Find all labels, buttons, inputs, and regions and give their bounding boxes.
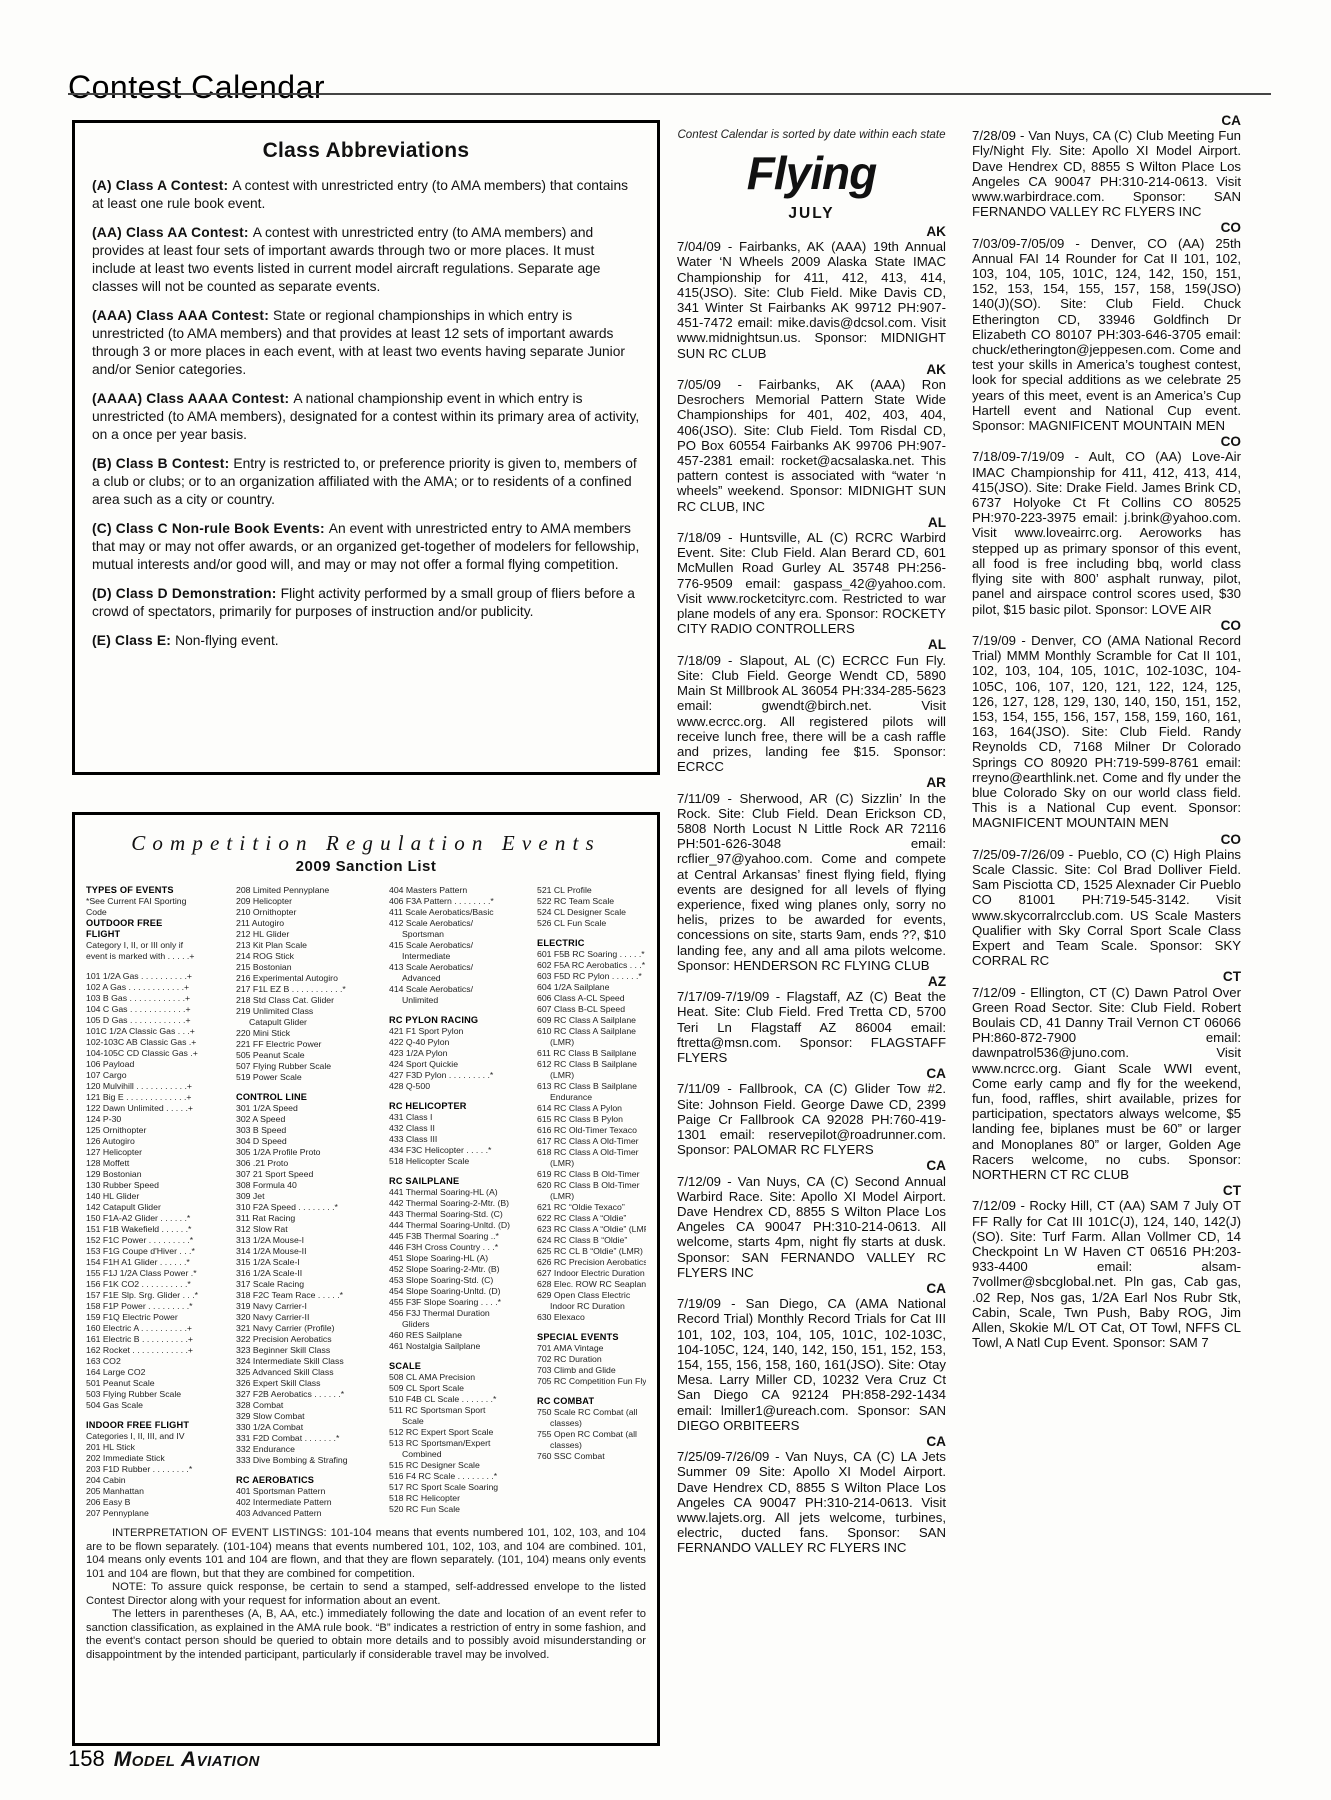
sanction-notes: INTERPRETATION OF EVENT LISTINGS: 101-10…: [86, 1527, 646, 1662]
calendar-entry: 7/04/09 - Fairbanks, AK (AAA) 19th Annua…: [677, 239, 946, 361]
sanction-section-header: RC HELICOPTER: [389, 1101, 537, 1112]
sanction-event-line: 434 F3C Helicopter . . . . .*: [389, 1145, 537, 1156]
sanction-event-line: 202 Immediate Stick: [86, 1453, 236, 1464]
sanction-event-line: 616 RC Old-Timer Texaco: [537, 1125, 646, 1136]
state-header: AL: [677, 515, 946, 530]
sanction-event-line: 423 1/2A Pylon: [389, 1048, 537, 1059]
sanction-event-line: Indoor RC Duration: [537, 1301, 646, 1312]
sanction-event-line: 307 21 Sport Speed: [236, 1169, 389, 1180]
sanction-event-line: 163 CO2: [86, 1356, 236, 1367]
sanction-event-line: 104-105C CD Classic Gas .+: [86, 1048, 236, 1059]
sanction-event-line: 333 Dive Bombing & Strafing: [236, 1455, 389, 1466]
sanction-event-line: 152 F1C Power . . . . . . . . .*: [86, 1235, 236, 1246]
calendar-entry: 7/25/09-7/26/09 - Pueblo, CO (C) High Pl…: [972, 847, 1241, 969]
sanction-event-line: 516 F4 RC Scale . . . . . . . .*: [389, 1471, 537, 1482]
sanction-event-line: 206 Easy B: [86, 1497, 236, 1508]
sanction-event-line: 126 Autogiro: [86, 1136, 236, 1147]
sanction-event-line: *See Current FAI Sporting: [86, 896, 236, 907]
sanction-event-line: 402 Intermediate Pattern: [236, 1497, 389, 1508]
sanction-event-line: Advanced: [389, 973, 537, 984]
sanction-event-line: 445 F3B Thermal Soaring ..*: [389, 1231, 537, 1242]
sanction-event-line: 441 Thermal Soaring-HL (A): [389, 1187, 537, 1198]
sanction-event-line: 421 F1 Sport Pylon: [389, 1026, 537, 1037]
sanction-event-line: (LMR): [537, 1070, 646, 1081]
page-number: 158: [68, 1746, 105, 1772]
sanction-event-line: 327 F2B Aerobatics . . . . . .*: [236, 1389, 389, 1400]
sanction-event-line: 755 Open RC Combat (all: [537, 1429, 646, 1440]
sanction-event-line: 412 Scale Aerobatics/: [389, 918, 537, 929]
sanction-event-line: 504 Gas Scale: [86, 1400, 236, 1411]
sanction-event-line: 612 RC Class B Sailplane: [537, 1059, 646, 1070]
class-abbreviation-item: (AA) Class AA Contest: A contest with un…: [92, 224, 640, 296]
sanction-event-line: 603 F5D RC Pylon . . . . . .*: [537, 971, 646, 982]
sanction-event-line: [389, 1092, 537, 1101]
sanction-event-line: [537, 929, 646, 938]
sanction-event-line: 760 SSC Combat: [537, 1451, 646, 1462]
state-header: CA: [972, 113, 1241, 128]
sanction-event-line: 212 HL Glider: [236, 929, 389, 940]
sanction-event-line: 130 Rubber Speed: [86, 1180, 236, 1191]
sanction-event-line: 211 Autogiro: [236, 918, 389, 929]
calendar-entry: 7/18/09 - Huntsville, AL (C) RCRC Warbir…: [677, 530, 946, 636]
calendar-entry: 7/25/09-7/26/09 - Van Nuys, CA (C) LA Je…: [677, 1449, 946, 1555]
sanction-event-line: 331 F2D Combat . . . . . . .*: [236, 1433, 389, 1444]
sanction-event-line: Sportsman: [389, 929, 537, 940]
sanction-event-line: 625 RC CL B “Oldie” (LMR): [537, 1246, 646, 1257]
sanction-event-line: 517 RC Sport Scale Soaring: [389, 1482, 537, 1493]
sanction-section-header: SCALE: [389, 1361, 537, 1372]
state-header: CA: [677, 1158, 946, 1173]
calendar-entry: 7/18/09-7/19/09 - Ault, CO (AA) Love-Air…: [972, 449, 1241, 616]
sanction-note-paragraph: INTERPRETATION OF EVENT LISTINGS: 101-10…: [86, 1527, 646, 1581]
calendar-entry: 7/11/09 - Sherwood, AR (C) Sizzlin’ In t…: [677, 791, 946, 973]
sanction-event-line: Combined: [389, 1449, 537, 1460]
sanction-event-line: 428 Q-500: [389, 1081, 537, 1092]
state-header: CT: [972, 1183, 1241, 1198]
state-header: CO: [972, 832, 1241, 847]
state-header: CT: [972, 969, 1241, 984]
sanction-event-line: 318 F2C Team Race . . . . .*: [236, 1290, 389, 1301]
month-heading: JULY: [677, 205, 946, 223]
sanction-event-line: [236, 1466, 389, 1475]
sanction-event-line: 512 RC Expert Sport Scale: [389, 1427, 537, 1438]
sanction-event-line: 314 1/2A Mouse-II: [236, 1246, 389, 1257]
state-header: AL: [677, 637, 946, 652]
calendar-entry: 7/05/09 - Fairbanks, AK (AAA) Ron Desroc…: [677, 377, 946, 514]
sanction-column: 404 Masters Pattern406 F3A Pattern . . .…: [389, 885, 537, 1519]
class-abbreviation-item: (D) Class D Demonstration: Flight activi…: [92, 585, 640, 621]
sanction-event-line: Code: [86, 907, 236, 918]
sanction-event-line: 158 F1P Power . . . . . . . . .*: [86, 1301, 236, 1312]
calendar-entry: 7/03/09-7/05/09 - Denver, CO (AA) 25th A…: [972, 236, 1241, 434]
sanction-event-line: 313 1/2A Mouse-I: [236, 1235, 389, 1246]
sanction-event-line: 164 Large CO2: [86, 1367, 236, 1378]
sanction-event-line: 155 F1J 1/2A Class Power .*: [86, 1268, 236, 1279]
sanction-event-line: 161 Electric B . . . . . . . . . .+: [86, 1334, 236, 1345]
sanction-event-line: [86, 962, 236, 971]
sanction-event-line: 325 Advanced Skill Class: [236, 1367, 389, 1378]
sanction-event-line: 507 Flying Rubber Scale: [236, 1061, 389, 1072]
sanction-event-line: 304 D Speed: [236, 1136, 389, 1147]
state-header: CO: [972, 220, 1241, 235]
sanction-event-line: 452 Slope Soaring-2-Mtr. (B): [389, 1264, 537, 1275]
sanction-event-line: Categories I, II, III, and IV: [86, 1431, 236, 1442]
sanction-event-line: 444 Thermal Soaring-Unltd. (D): [389, 1220, 537, 1231]
sanction-event-line: 101 1/2A Gas . . . . . . . . . .+: [86, 971, 236, 982]
sanction-event-line: 154 F1H A1 Glider . . . . . .*: [86, 1257, 236, 1268]
sanction-event-line: 208 Limited Pennyplane: [236, 885, 389, 896]
calendar-entry: 7/19/09 - Denver, CO (AMA National Recor…: [972, 633, 1241, 831]
sanction-event-line: 520 RC Fun Scale: [389, 1504, 537, 1515]
sanction-event-line: 509 CL Sport Scale: [389, 1383, 537, 1394]
state-header: AK: [677, 224, 946, 239]
sanction-event-line: Gliders: [389, 1319, 537, 1330]
sanction-event-line: 508 CL AMA Precision: [389, 1372, 537, 1383]
sanction-section-header: RC COMBAT: [537, 1396, 646, 1407]
sanction-event-line: 214 ROG Stick: [236, 951, 389, 962]
sanction-section-header: ELECTRIC: [537, 938, 646, 949]
sanction-event-line: [389, 1167, 537, 1176]
sanction-note-paragraph: NOTE: To assure quick response, be certa…: [86, 1581, 646, 1608]
sanction-event-line: 750 Scale RC Combat (all: [537, 1407, 646, 1418]
sanction-event-line: 209 Helicopter: [236, 896, 389, 907]
sanction-title: Competition Regulation Events: [86, 831, 646, 856]
sanction-column: 208 Limited Pennyplane209 Helicopter210 …: [236, 885, 389, 1519]
sanction-event-line: 456 F3J Thermal Duration: [389, 1308, 537, 1319]
sanction-event-line: 442 Thermal Soaring-2-Mtr. (B): [389, 1198, 537, 1209]
class-abbreviation-item: (A) Class A Contest: A contest with unre…: [92, 177, 640, 213]
sanction-event-line: 301 1/2A Speed: [236, 1103, 389, 1114]
sanction-event-line: 160 Electric A . . . . . . . . . .+: [86, 1323, 236, 1334]
sanction-section-header: FLIGHT: [86, 929, 236, 940]
sanction-event-line: 129 Bostonian: [86, 1169, 236, 1180]
sanction-event-line: 503 Flying Rubber Scale: [86, 1389, 236, 1400]
sanction-event-line: 309 Jet: [236, 1191, 389, 1202]
magazine-page: Contest Calendar Class Abbreviations (A)…: [0, 0, 1331, 1800]
state-header: CA: [677, 1281, 946, 1296]
sanction-event-line: 315 1/2A Scale-I: [236, 1257, 389, 1268]
sanction-event-line: 105 D Gas . . . . . . . . . . . .+: [86, 1015, 236, 1026]
calendar-entry: 7/12/09 - Ellington, CT (C) Dawn Patrol …: [972, 985, 1241, 1183]
sanction-event-line: 311 Rat Racing: [236, 1213, 389, 1224]
sanction-event-line: 205 Manhattan: [86, 1486, 236, 1497]
sanction-event-line: 620 RC Class B Old-Timer: [537, 1180, 646, 1191]
sanction-event-line: 121 Big E . . . . . . . . . . . . .+: [86, 1092, 236, 1103]
calendar-entry: 7/18/09 - Slapout, AL (C) ECRCC Fun Fly.…: [677, 653, 946, 775]
sanction-event-line: 446 F3H Cross Country . . .*: [389, 1242, 537, 1253]
class-abbreviation-item: (C) Class C Non-rule Book Events: An eve…: [92, 520, 640, 574]
page-footer: 158 Model Aviation: [68, 1746, 260, 1772]
sanction-event-line: 142 Catapult Glider: [86, 1202, 236, 1213]
sanction-event-line: 602 F5A RC Aerobatics . . .*: [537, 960, 646, 971]
sanction-event-line: 153 F1G Coupe d'Hiver . . .*: [86, 1246, 236, 1257]
sanction-event-line: 414 Scale Aerobatics/: [389, 984, 537, 995]
sanction-event-line: 415 Scale Aerobatics/: [389, 940, 537, 951]
sanction-event-line: 221 FF Electric Power: [236, 1039, 389, 1050]
sanction-event-line: 303 B Speed: [236, 1125, 389, 1136]
sanction-event-line: 611 RC Class B Sailplane: [537, 1048, 646, 1059]
sanction-event-line: 150 F1A-A2 Glider . . . . . .*: [86, 1213, 236, 1224]
class-abbreviation-item: (AAAA) Class AAAA Contest: A national ch…: [92, 390, 640, 444]
class-items: (A) Class A Contest: A contest with unre…: [92, 177, 640, 650]
sanction-event-line: 159 F1Q Electric Power: [86, 1312, 236, 1323]
sanction-event-line: (LMR): [537, 1037, 646, 1048]
sanction-event-line: 326 Expert Skill Class: [236, 1378, 389, 1389]
sanction-event-line: classes): [537, 1440, 646, 1451]
sanction-event-line: 522 RC Team Scale: [537, 896, 646, 907]
calendar-entry: 7/19/09 - San Diego, CA (AMA National Re…: [677, 1296, 946, 1433]
class-abbreviations-box: Class Abbreviations (A) Class A Contest:…: [72, 120, 660, 775]
calendar-entry: 7/28/09 - Van Nuys, CA (C) Club Meeting …: [972, 128, 1241, 219]
sanction-section-header: TYPES OF EVENTS: [86, 885, 236, 896]
sanction-event-line: 140 HL Glider: [86, 1191, 236, 1202]
sanction-event-line: 702 RC Duration: [537, 1354, 646, 1365]
sanction-column: TYPES OF EVENTS*See Current FAI Sporting…: [86, 885, 236, 1519]
flying-section-title: Flying: [677, 149, 946, 197]
sanction-event-line: 404 Masters Pattern: [389, 885, 537, 896]
sanction-event-line: [86, 1411, 236, 1420]
sanction-event-line: Scale: [389, 1416, 537, 1427]
sanction-event-line: 218 Std Class Cat. Glider: [236, 995, 389, 1006]
sanction-event-line: 526 CL Fun Scale: [537, 918, 646, 929]
calendar-column-1: Contest Calendar is sorted by date withi…: [677, 128, 946, 1556]
sanction-event-line: 424 Sport Quickie: [389, 1059, 537, 1070]
sanction-event-line: (LMR): [537, 1158, 646, 1169]
sanction-event-line: 518 RC Helicopter: [389, 1493, 537, 1504]
sanction-event-line: 628 Elec. ROW RC Seaplane: [537, 1279, 646, 1290]
sanction-event-line: (LMR): [537, 1191, 646, 1202]
sanction-event-line: 454 Slope Soaring-Unltd. (D): [389, 1286, 537, 1297]
sanction-event-line: 308 Formula 40: [236, 1180, 389, 1191]
sanction-event-line: 102 A Gas . . . . . . . . . . . .+: [86, 982, 236, 993]
sanction-event-line: 207 Pennyplane: [86, 1508, 236, 1519]
sanction-event-line: [389, 1006, 537, 1015]
sanction-event-line: 332 Endurance: [236, 1444, 389, 1455]
state-header: CO: [972, 434, 1241, 449]
sanction-event-line: 216 Experimental Autogiro: [236, 973, 389, 984]
state-header: AZ: [677, 974, 946, 989]
sanction-event-line: 319 Navy Carrier-I: [236, 1301, 389, 1312]
sanction-event-line: 215 Bostonian: [236, 962, 389, 973]
class-abbreviation-item: (E) Class E: Non-flying event.: [92, 632, 640, 650]
class-abbreviations-title: Class Abbreviations: [92, 139, 640, 163]
sanction-event-line: 322 Precision Aerobatics: [236, 1334, 389, 1345]
calendar-entry: 7/17/09-7/19/09 - Flagstaff, AZ (C) Beat…: [677, 989, 946, 1065]
sanction-event-line: 219 Unlimited Class: [236, 1006, 389, 1017]
sanction-section-header: RC SAILPLANE: [389, 1176, 537, 1187]
sanction-event-line: 107 Cargo: [86, 1070, 236, 1081]
state-header: CA: [677, 1066, 946, 1081]
sanction-event-line: 453 Slope Soaring-Std. (C): [389, 1275, 537, 1286]
sanction-event-line: 413 Scale Aerobatics/: [389, 962, 537, 973]
sanction-event-line: 104 C Gas . . . . . . . . . . . .+: [86, 1004, 236, 1015]
sanction-event-line: 220 Mini Stick: [236, 1028, 389, 1039]
sanction-event-line: 203 F1D Rubber . . . . . . . .*: [86, 1464, 236, 1475]
sanction-event-line: 455 F3F Slope Soaring . . . .*: [389, 1297, 537, 1308]
sanction-event-line: 613 RC Class B Sailplane: [537, 1081, 646, 1092]
sanction-event-line: 626 RC Precision Aerobatics: [537, 1257, 646, 1268]
sanction-event-line: 461 Nostalgia Sailplane: [389, 1341, 537, 1352]
sanction-event-line: 120 Mulvihill . . . . . . . . . . .+: [86, 1081, 236, 1092]
state-header: CO: [972, 618, 1241, 633]
sanction-columns: TYPES OF EVENTS*See Current FAI Sporting…: [86, 885, 646, 1519]
sanction-event-line: 102-103C AB Classic Gas .+: [86, 1037, 236, 1048]
sanction-event-line: [537, 1323, 646, 1332]
sanction-event-line: 460 RES Sailplane: [389, 1330, 537, 1341]
sanction-event-line: 703 Climb and Glide: [537, 1365, 646, 1376]
sanction-event-line: 306 .21 Proto: [236, 1158, 389, 1169]
sanction-note-paragraph: The letters in parentheses (A, B, AA, et…: [86, 1608, 646, 1662]
sanction-event-line: 156 F1K CO2 . . . . . . . . . .*: [86, 1279, 236, 1290]
sanction-event-line: 122 Dawn Unlimited . . . . .+: [86, 1103, 236, 1114]
calendar-column-2: CA7/28/09 - Van Nuys, CA (C) Club Meetin…: [972, 112, 1241, 1350]
sanction-event-line: 151 F1B Wakefield . . . . . .*: [86, 1224, 236, 1235]
sanction-event-line: 210 Ornithopter: [236, 907, 389, 918]
sanction-event-line: 521 CL Profile: [537, 885, 646, 896]
sanction-event-line: 630 Elexaco: [537, 1312, 646, 1323]
sanction-event-line: 618 RC Class A Old-Timer: [537, 1147, 646, 1158]
sanction-event-line: 617 RC Class A Old-Timer: [537, 1136, 646, 1147]
sanction-event-line: event is marked with . . . . .+: [86, 951, 236, 962]
sanction-event-line: 505 Peanut Scale: [236, 1050, 389, 1061]
sanction-event-line: [389, 1352, 537, 1361]
sanction-event-line: 433 Class III: [389, 1134, 537, 1145]
sanction-event-line: Catapult Glider: [236, 1017, 389, 1028]
sanction-event-line: 201 HL Stick: [86, 1442, 236, 1453]
sanction-event-line: 213 Kit Plan Scale: [236, 940, 389, 951]
sanction-box: Competition Regulation Events 2009 Sanct…: [72, 812, 660, 1746]
sanction-event-line: 401 Sportsman Pattern: [236, 1486, 389, 1497]
sanction-event-line: 524 CL Designer Scale: [537, 907, 646, 918]
sanction-event-line: 622 RC Class A “Oldie”: [537, 1213, 646, 1224]
sanction-event-line: 217 F1L EZ B . . . . . . . . . . .*: [236, 984, 389, 995]
sanction-event-line: 317 Scale Racing: [236, 1279, 389, 1290]
sanction-event-line: 101C 1/2A Classic Gas . . .+: [86, 1026, 236, 1037]
sanction-event-line: 204 Cabin: [86, 1475, 236, 1486]
sanction-event-line: 125 Ornithopter: [86, 1125, 236, 1136]
sanction-event-line: 328 Combat: [236, 1400, 389, 1411]
sanction-event-line: 106 Payload: [86, 1059, 236, 1070]
calendar-entries-2: CA7/28/09 - Van Nuys, CA (C) Club Meetin…: [972, 113, 1241, 1350]
sanction-event-line: 627 Indoor Electric Duration: [537, 1268, 646, 1279]
sanction-column: 521 CL Profile522 RC Team Scale524 CL De…: [537, 885, 646, 1519]
sanction-event-line: Intermediate: [389, 951, 537, 962]
class-abbreviation-item: (B) Class B Contest: Entry is restricted…: [92, 455, 640, 509]
sanction-event-line: 411 Scale Aerobatics/Basic: [389, 907, 537, 918]
sanction-subtitle: 2009 Sanction List: [86, 858, 646, 875]
sanction-event-line: 705 RC Competition Fun Fly: [537, 1376, 646, 1387]
calendar-entries-1: AK7/04/09 - Fairbanks, AK (AAA) 19th Ann…: [677, 224, 946, 1556]
sanction-event-line: 501 Peanut Scale: [86, 1378, 236, 1389]
sanction-event-line: 422 Q-40 Pylon: [389, 1037, 537, 1048]
sanction-event-line: 330 1/2A Combat: [236, 1422, 389, 1433]
sanction-event-line: 604 1/2A Sailplane: [537, 982, 646, 993]
sanction-event-line: 606 Class A-CL Speed: [537, 993, 646, 1004]
sanction-event-line: 310 F2A Speed . . . . . . . .*: [236, 1202, 389, 1213]
sanction-event-line: 609 RC Class A Sailplane: [537, 1015, 646, 1026]
sanction-event-line: 323 Beginner Skill Class: [236, 1345, 389, 1356]
sanction-event-line: 519 Power Scale: [236, 1072, 389, 1083]
sanction-event-line: 329 Slow Combat: [236, 1411, 389, 1422]
sanction-event-line: 124 P-30: [86, 1114, 236, 1125]
sanction-event-line: 316 1/2A Scale-II: [236, 1268, 389, 1279]
sanction-event-line: 615 RC Class B Pylon: [537, 1114, 646, 1125]
state-header: AK: [677, 362, 946, 377]
page-title: Contest Calendar: [68, 69, 325, 106]
sanction-event-line: 320 Navy Carrier-II: [236, 1312, 389, 1323]
sanction-event-line: 443 Thermal Soaring-Std. (C): [389, 1209, 537, 1220]
sanction-event-line: 403 Advanced Pattern: [236, 1508, 389, 1519]
sanction-event-line: 302 A Speed: [236, 1114, 389, 1125]
magazine-brand-logo: Model Aviation: [114, 1748, 260, 1772]
sanction-section-header: SPECIAL EVENTS: [537, 1332, 646, 1343]
sanction-event-line: 607 Class B-CL Speed: [537, 1004, 646, 1015]
sanction-event-line: Category I, II, or III only if: [86, 940, 236, 951]
sanction-event-line: 701 AMA Vintage: [537, 1343, 646, 1354]
sanction-event-line: 601 F5B RC Soaring . . . . .*: [537, 949, 646, 960]
sanction-event-line: 623 RC Class A “Oldie” (LMR): [537, 1224, 646, 1235]
sanction-event-line: 321 Navy Carrier (Profile): [236, 1323, 389, 1334]
sanction-event-line: 511 RC Sportsman Sport: [389, 1405, 537, 1416]
sanction-event-line: 406 F3A Pattern . . . . . . . .*: [389, 896, 537, 907]
sanction-event-line: 324 Intermediate Skill Class: [236, 1356, 389, 1367]
calendar-entry: 7/11/09 - Fallbrook, CA (C) Glider Tow #…: [677, 1081, 946, 1157]
sanction-event-line: Unlimited: [389, 995, 537, 1006]
sanction-event-line: 515 RC Designer Scale: [389, 1460, 537, 1471]
sanction-event-line: 427 F3D Pylon . . . . . . . . .*: [389, 1070, 537, 1081]
sanction-event-line: 510 F4B CL Scale . . . . . . .*: [389, 1394, 537, 1405]
title-rule: [68, 93, 1271, 95]
sanction-event-line: 312 Slow Rat: [236, 1224, 389, 1235]
state-header: AR: [677, 775, 946, 790]
sanction-event-line: classes): [537, 1418, 646, 1429]
sanction-event-line: 518 Helicopter Scale: [389, 1156, 537, 1167]
sanction-event-line: Endurance: [537, 1092, 646, 1103]
sorted-note: Contest Calendar is sorted by date withi…: [677, 128, 946, 141]
sanction-event-line: 614 RC Class A Pylon: [537, 1103, 646, 1114]
class-abbreviation-item: (AAA) Class AAA Contest: State or region…: [92, 307, 640, 379]
sanction-event-line: 610 RC Class A Sailplane: [537, 1026, 646, 1037]
sanction-event-line: 305 1/2A Profile Proto: [236, 1147, 389, 1158]
sanction-event-line: 432 Class II: [389, 1123, 537, 1134]
sanction-event-line: 162 Rocket . . . . . . . . . . . .+: [86, 1345, 236, 1356]
sanction-section-header: RC PYLON RACING: [389, 1015, 537, 1026]
sanction-event-line: [236, 1083, 389, 1092]
sanction-event-line: 431 Class I: [389, 1112, 537, 1123]
sanction-section-header: CONTROL LINE: [236, 1092, 389, 1103]
sanction-event-line: 157 F1E Slp. Srg. Glider . . .*: [86, 1290, 236, 1301]
sanction-event-line: [537, 1387, 646, 1396]
sanction-event-line: 621 RC “Oldie Texaco”: [537, 1202, 646, 1213]
sanction-event-line: 624 RC Class B “Oldie”: [537, 1235, 646, 1246]
sanction-section-header: OUTDOOR FREE: [86, 918, 236, 929]
sanction-event-line: 619 RC Class B Old-Timer: [537, 1169, 646, 1180]
sanction-event-line: 128 Moffett: [86, 1158, 236, 1169]
sanction-event-line: 629 Open Class Electric: [537, 1290, 646, 1301]
sanction-event-line: 127 Helicopter: [86, 1147, 236, 1158]
sanction-section-header: RC AEROBATICS: [236, 1475, 389, 1486]
sanction-event-line: 451 Slope Soaring-HL (A): [389, 1253, 537, 1264]
sanction-event-line: 103 B Gas . . . . . . . . . . . .+: [86, 993, 236, 1004]
calendar-entry: 7/12/09 - Rocky Hill, CT (AA) SAM 7 July…: [972, 1198, 1241, 1350]
sanction-event-line: 513 RC Sportsman/Expert: [389, 1438, 537, 1449]
calendar-entry: 7/12/09 - Van Nuys, CA (C) Second Annual…: [677, 1174, 946, 1280]
sanction-section-header: INDOOR FREE FLIGHT: [86, 1420, 236, 1431]
state-header: CA: [677, 1434, 946, 1449]
